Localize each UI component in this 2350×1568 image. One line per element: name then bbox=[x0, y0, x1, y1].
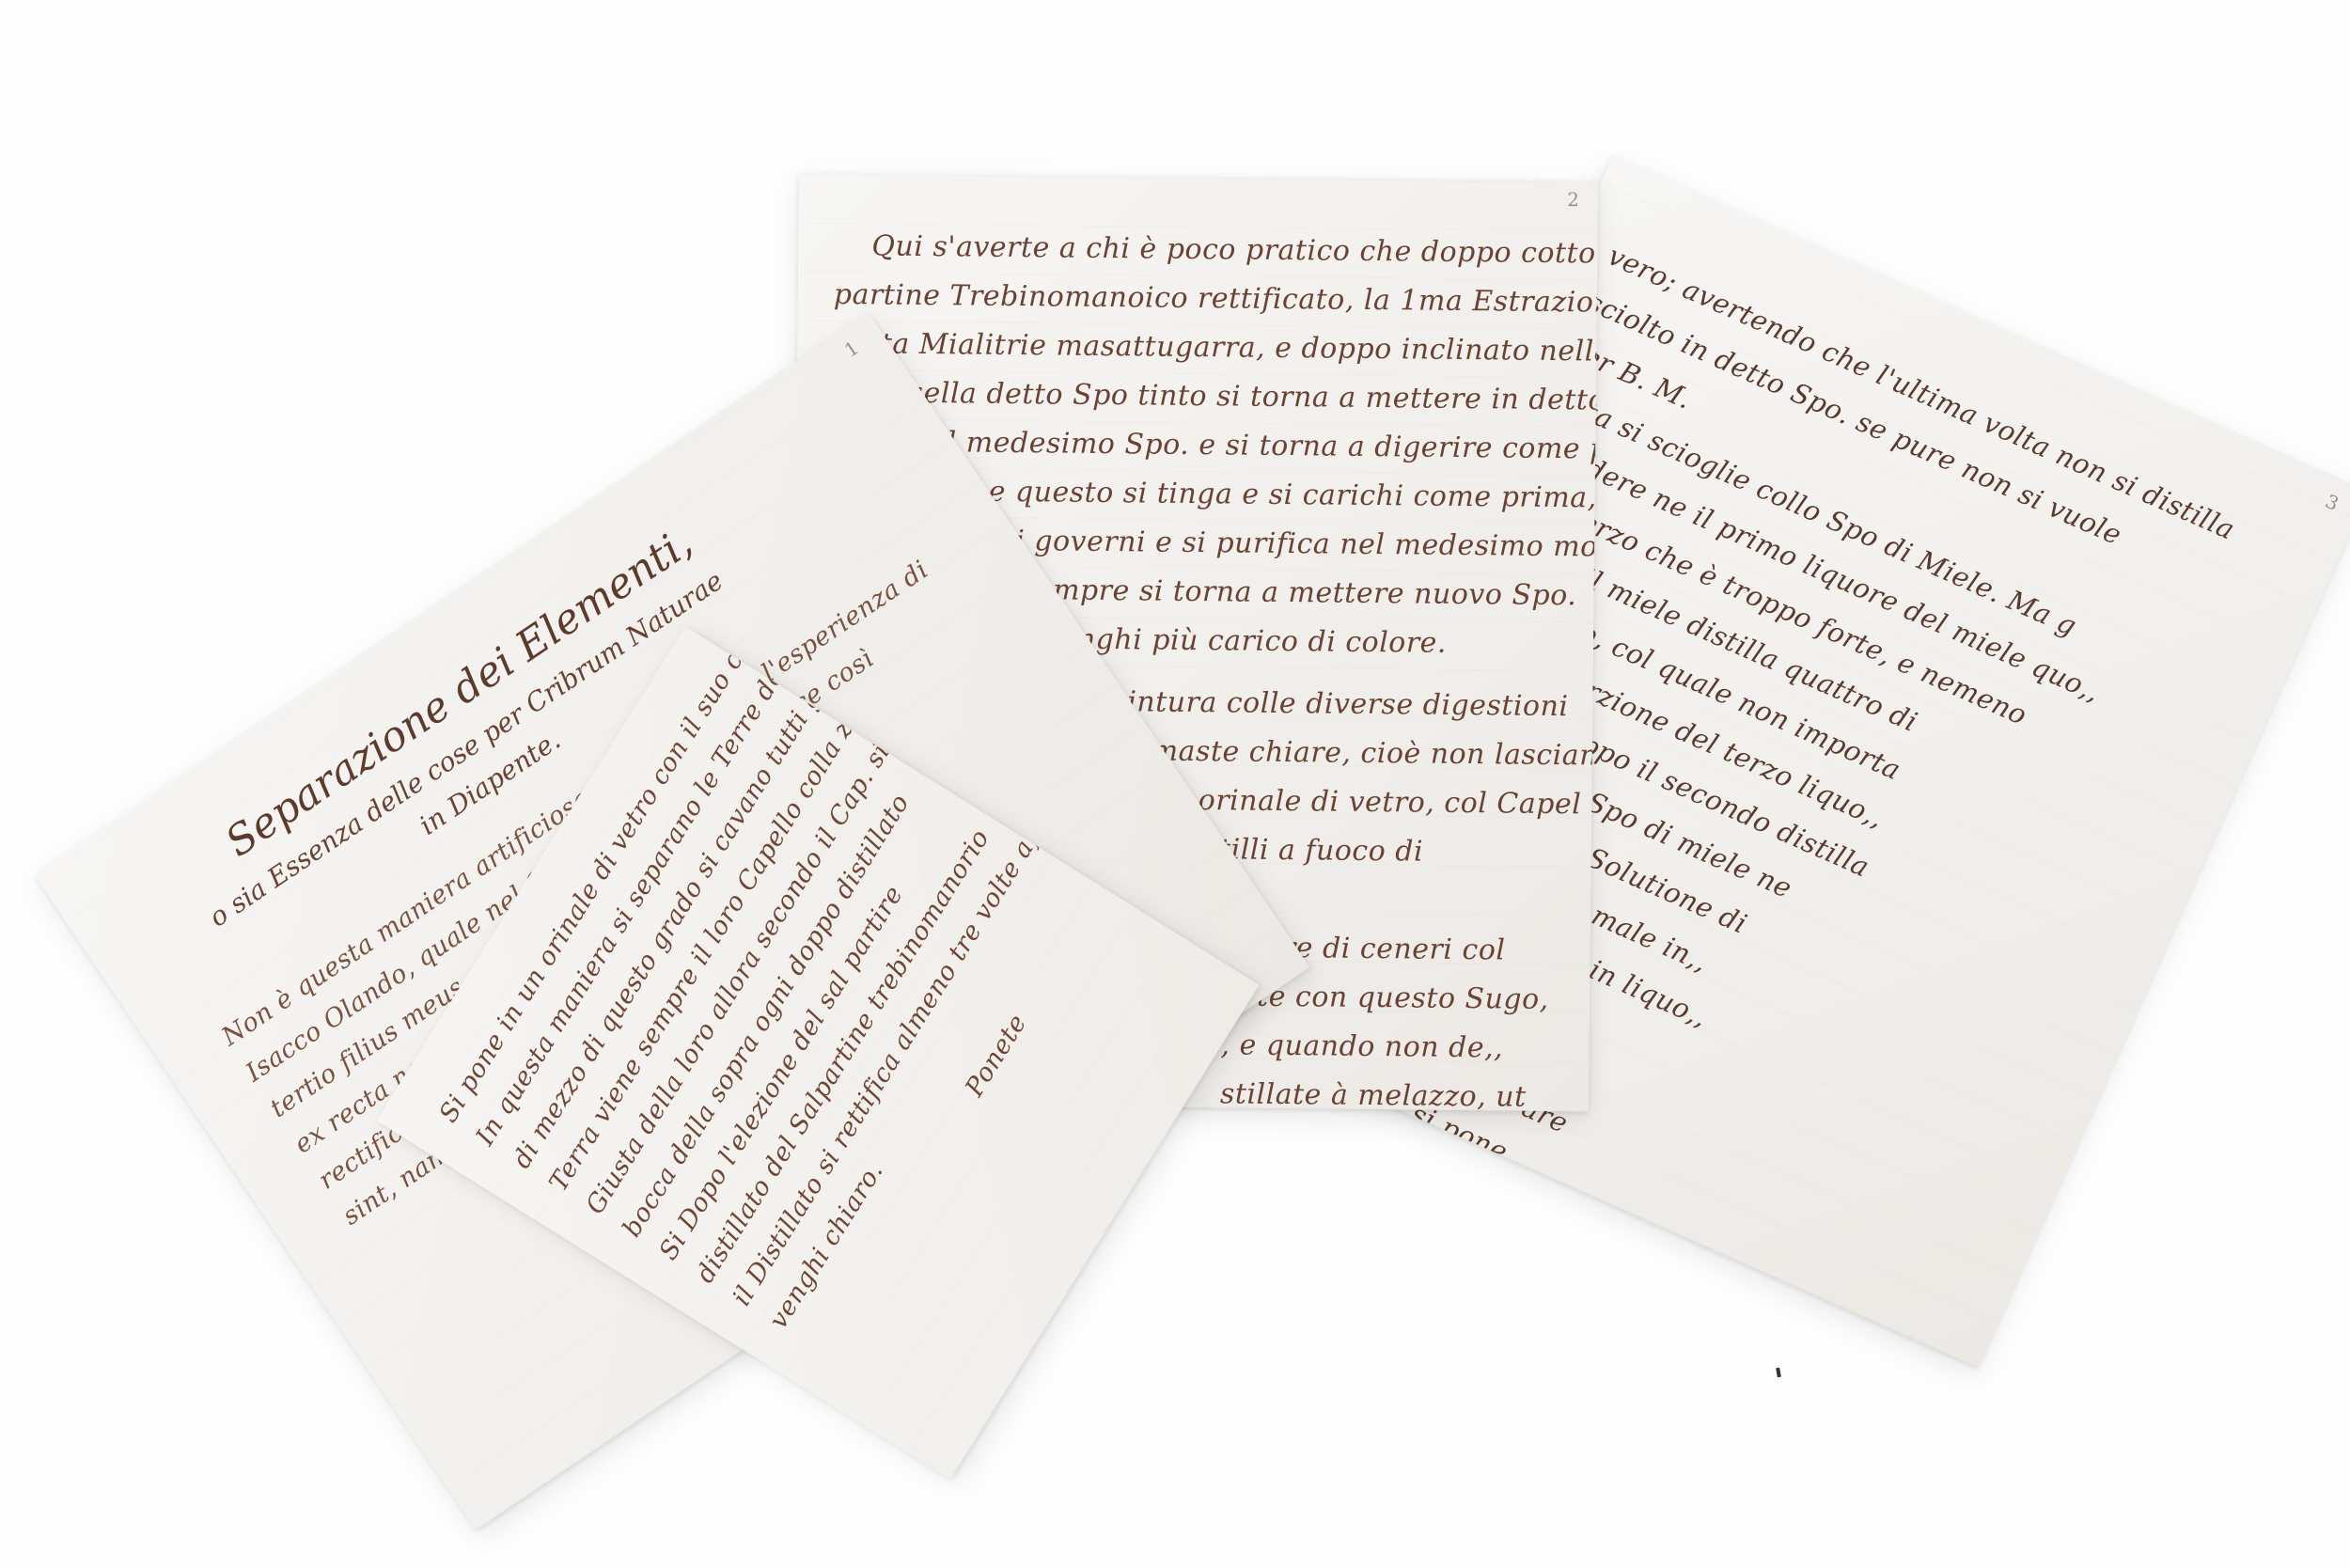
handwritten-line: detta Mialitrie masattugarra, e doppo in… bbox=[833, 320, 1569, 376]
handwritten-line: Qui s'averte a chi è poco pratico che do… bbox=[834, 222, 1570, 278]
page-number: 3 bbox=[2322, 490, 2342, 515]
ink-mark bbox=[1776, 1368, 1781, 1378]
handwritten-line: partine Trebinomanoico rettificato, la 1… bbox=[834, 271, 1570, 327]
handwritten-line: che si trovavano nella bbox=[1223, 1159, 1493, 1334]
page-number: 1 bbox=[840, 337, 863, 362]
handwritten-line: damigella detto Spo tinto si torna a met… bbox=[832, 368, 1568, 425]
page-number: 2 bbox=[1567, 188, 1579, 211]
